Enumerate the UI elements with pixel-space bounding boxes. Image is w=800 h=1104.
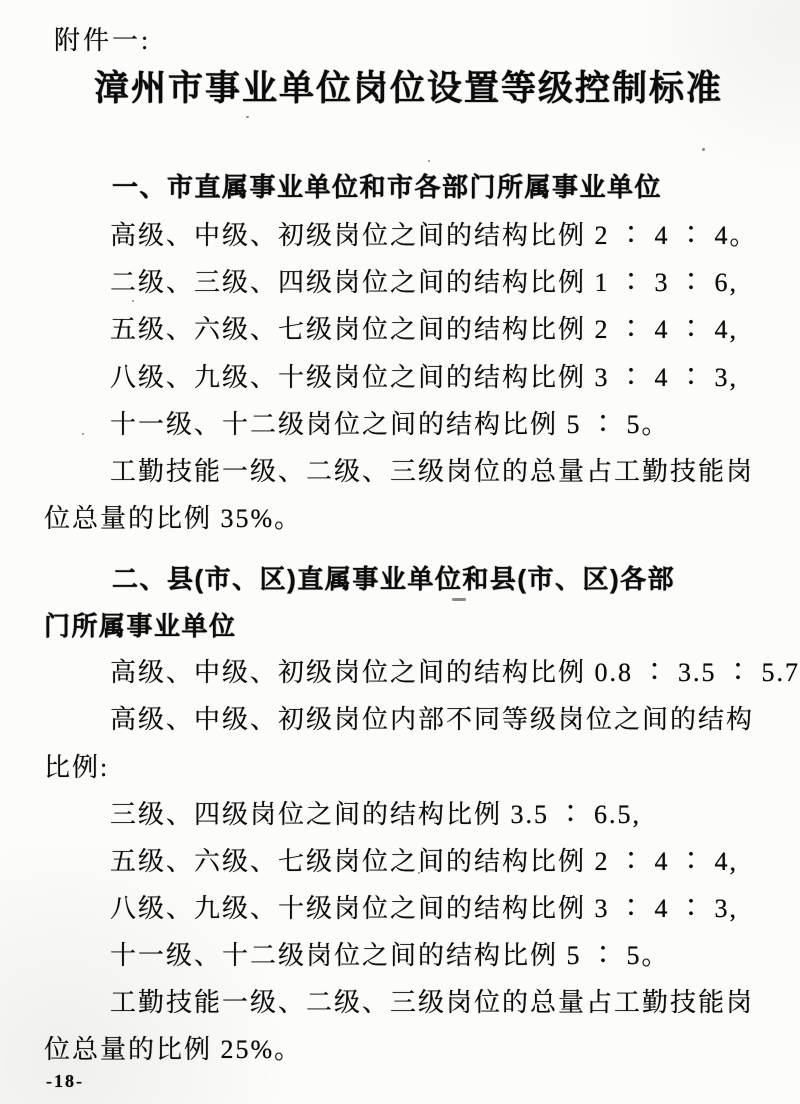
- section2-line-ratio-grade8-9-10: 八级、九级、十级岗位之间的结构比例 3 ∶ 4 ∶ 3,: [110, 892, 738, 926]
- section2-line-ratio-senior-mid-junior: 高级、中级、初级岗位之间的结构比例 0.8 ∶ 3.5 ∶ 5.7。: [110, 656, 800, 690]
- section2-line-ratio-grade11-12: 十一级、十二级岗位之间的结构比例 5 ∶ 5。: [110, 939, 670, 973]
- section2-line-skilled-worker-1: 工勤技能一级、二级、三级岗位的总量占工勤技能岗: [110, 986, 754, 1020]
- section1-line-skilled-worker-1: 工勤技能一级、二级、三级岗位的总量占工勤技能岗: [110, 455, 754, 489]
- scan-speckle: [246, 116, 249, 118]
- section2-line-internal-structure-2: 比例:: [44, 751, 109, 785]
- scan-speckle: [428, 160, 430, 162]
- section1-line-ratio-grade11-12: 十一级、十二级岗位之间的结构比例 5 ∶ 5。: [110, 408, 670, 442]
- section2-heading-line1: 二、县(市、区)直属事业单位和县(市、区)各部: [112, 562, 675, 596]
- scan-smudge: [452, 598, 466, 601]
- page-number: -18-: [46, 1064, 84, 1098]
- document-title: 漳州市事业单位岗位设置等级控制标准: [94, 66, 723, 112]
- scan-speckle: [490, 1008, 493, 1010]
- section2-line-internal-structure-1: 高级、中级、初级岗位内部不同等级岗位之间的结构: [110, 703, 754, 737]
- section1-line-skilled-worker-2: 位总量的比例 35%。: [44, 502, 302, 536]
- scan-speckle: [132, 300, 134, 302]
- scan-speckle: [82, 433, 84, 435]
- section2-heading-line2: 门所属事业单位: [44, 609, 237, 643]
- scan-speckle: [702, 148, 705, 151]
- scanned-document-page: 附件一: 漳州市事业单位岗位设置等级控制标准 一、市直属事业单位和市各部门所属事…: [0, 0, 800, 1104]
- section2-line-skilled-worker-2: 位总量的比例 25%。: [44, 1033, 302, 1067]
- section1-line-ratio-grade2-3-4: 二级、三级、四级岗位之间的结构比例 1 ∶ 3 ∶ 6,: [110, 266, 738, 300]
- section2-line-ratio-grade3-4: 三级、四级岗位之间的结构比例 3.5 ∶ 6.5,: [110, 798, 641, 832]
- scan-speckle: [418, 872, 420, 874]
- section1-line-ratio-grade8-9-10: 八级、九级、十级岗位之间的结构比例 3 ∶ 4 ∶ 3,: [110, 361, 738, 395]
- section2-line-ratio-grade5-6-7: 五级、六级、七级岗位之间的结构比例 2 ∶ 4 ∶ 4,: [110, 845, 738, 879]
- section1-line-ratio-senior-mid-junior: 高级、中级、初级岗位之间的结构比例 2 ∶ 4 ∶ 4。: [110, 219, 758, 253]
- section1-heading: 一、市直属事业单位和市各部门所属事业单位: [112, 170, 662, 204]
- attachment-label: 附件一:: [54, 24, 151, 58]
- section1-line-ratio-grade5-6-7: 五级、六级、七级岗位之间的结构比例 2 ∶ 4 ∶ 4,: [110, 313, 738, 347]
